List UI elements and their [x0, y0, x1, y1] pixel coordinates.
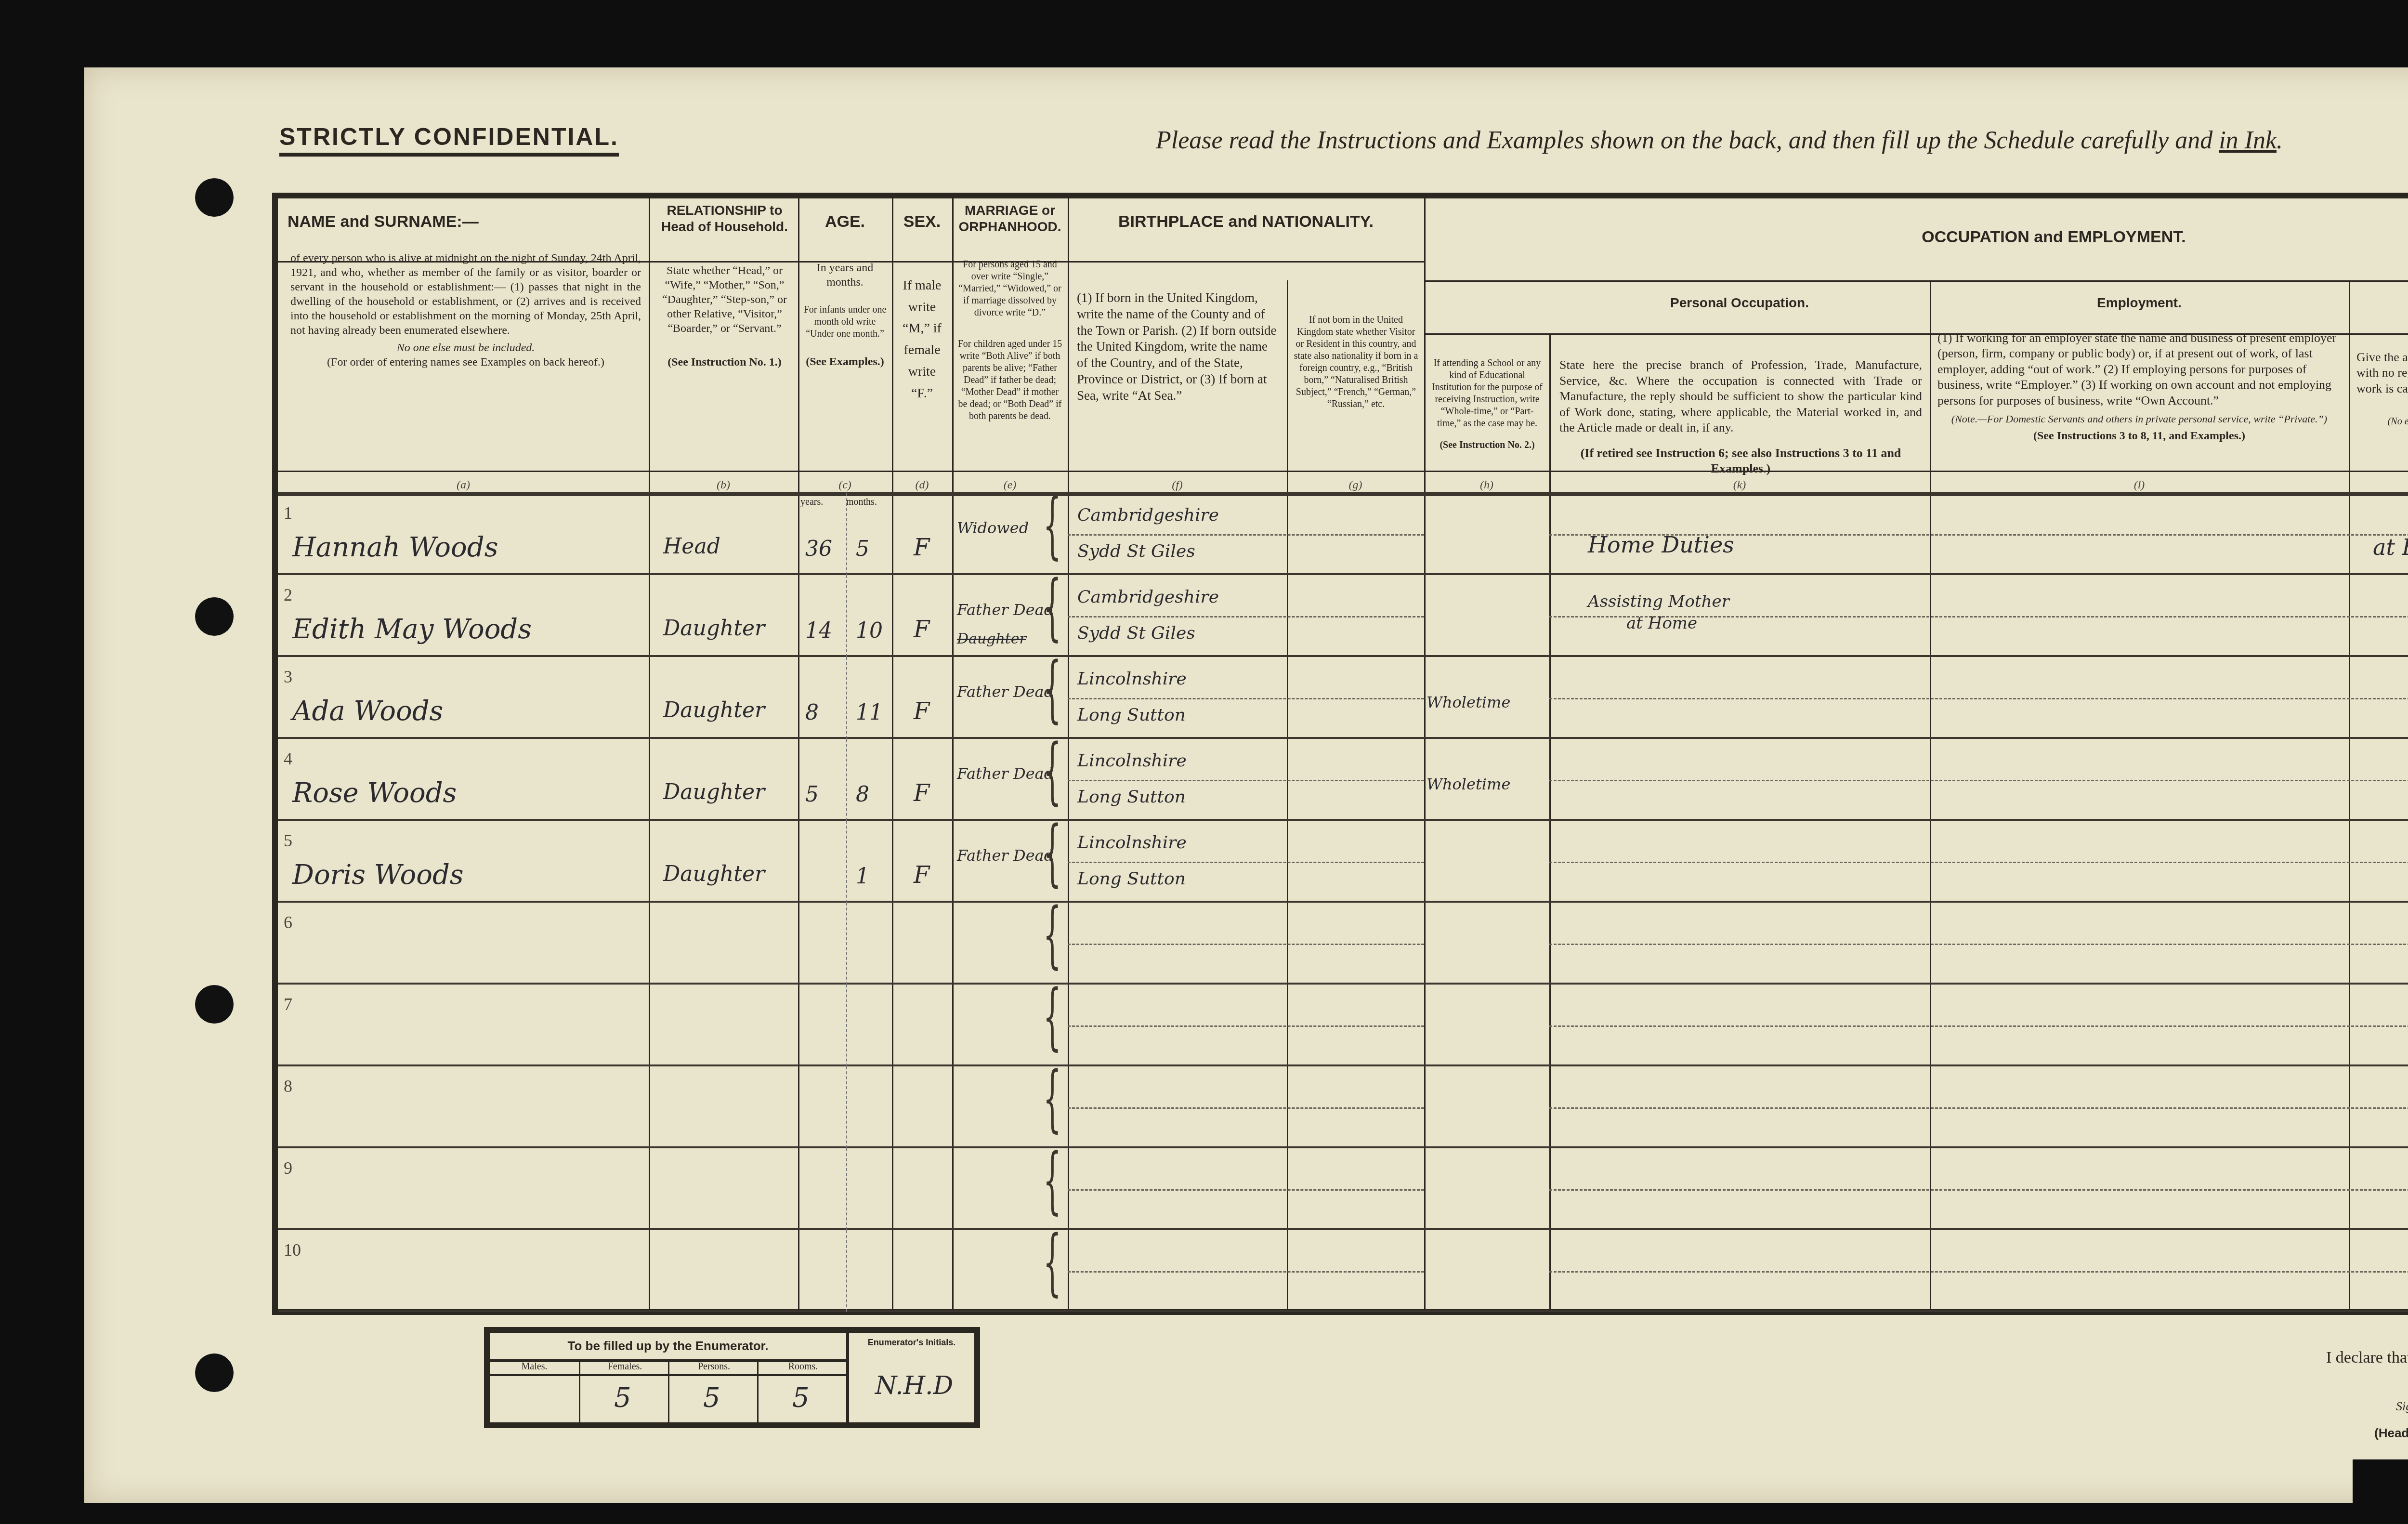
- col-a-letter: (a): [278, 479, 649, 492]
- col-l-domestic-note: (Note.—For Domestic Servants and others …: [1930, 408, 2349, 426]
- relationship-field[interactable]: Daughter: [663, 862, 765, 886]
- col-f-header: (1) If born in the United Kingdom, write…: [1070, 280, 1287, 404]
- enumerator-count-value[interactable]: 5: [703, 1382, 720, 1414]
- brace-icon: {: [1043, 484, 1061, 567]
- table-row: 9 { Under One Age last birthday.: [278, 1148, 2408, 1230]
- table-row: 7 { Under One Age last birthday.: [278, 985, 2408, 1066]
- relationship-field[interactable]: Daughter: [663, 616, 765, 641]
- col-d-header: SEX. If male write “M,” if female write …: [892, 212, 952, 405]
- name-field[interactable]: Edith May Woods: [292, 614, 532, 645]
- enumerator-count-label: Persons.: [669, 1359, 759, 1376]
- education-field[interactable]: Wholetime: [1426, 775, 1510, 793]
- age-years-field[interactable]: 5: [805, 782, 819, 807]
- col-e-header: MARRIAGE or ORPHANHOOD. For persons aged…: [952, 202, 1068, 422]
- col-l-note: (See Instructions 3 to 8, 11, and Exampl…: [1930, 426, 2349, 443]
- col-g-instructions: If not born in the United Kingdom state …: [1288, 280, 1424, 410]
- occupation-field[interactable]: Assisting Mother: [1588, 592, 1729, 611]
- age-months-field[interactable]: 10: [856, 618, 883, 643]
- col-a-note: No one else must be included.: [283, 341, 649, 355]
- enumerator-count-value[interactable]: 5: [792, 1382, 810, 1414]
- name-field[interactable]: Ada Woods: [292, 696, 443, 727]
- birthplace-town-field[interactable]: Long Sutton: [1077, 869, 1186, 889]
- col-k-body: State here the precise branch of Profess…: [1552, 343, 1930, 477]
- col-e-adult-instructions: For persons aged 15 and over write “Sing…: [952, 235, 1068, 319]
- col-f-letter: (f): [1068, 479, 1287, 492]
- col-l-instructions: (1) If working for an employer state the…: [1930, 311, 2349, 409]
- row-number: 8: [284, 1076, 292, 1096]
- col-m-header: Place of Work. Give the address of each …: [2349, 280, 2408, 428]
- torn-edge: [2353, 1459, 2408, 1524]
- col-g-header: If not born in the United Kingdom state …: [1288, 280, 1424, 410]
- col-h-instructions: If attending a School or any kind of Edu…: [1425, 333, 1549, 430]
- signature-label: Signature: [2396, 1399, 2408, 1414]
- enumerator-count-label: Rooms.: [759, 1359, 848, 1376]
- place-of-work-field[interactable]: at Home: [2373, 534, 2408, 560]
- enumerator-initials: N.H.D: [875, 1371, 953, 1400]
- birthplace-county-field[interactable]: Lincolnshire: [1077, 751, 1187, 771]
- col-occupation-header: OCCUPATION and EMPLOYMENT.: [1424, 227, 2408, 247]
- col-a-header: NAME and SURNAME:— of every person who i…: [283, 212, 649, 369]
- brace-icon: {: [1043, 975, 1061, 1059]
- instruction-text: Please read the Instructions and Example…: [1156, 127, 2219, 154]
- enumerator-count-value[interactable]: 5: [614, 1382, 631, 1414]
- age-months-field[interactable]: 8: [856, 782, 869, 807]
- col-m-title: Place of Work.: [2349, 280, 2408, 316]
- row-number: 3: [284, 667, 292, 687]
- col-b-letter: (b): [649, 479, 798, 492]
- birthplace-town-field[interactable]: Sydd St Giles: [1077, 623, 1195, 643]
- enumerator-summary-box: To be filled up by the Enumerator. Enume…: [484, 1327, 980, 1428]
- table-row: 10 { Under One Age last birthday.: [278, 1230, 2408, 1312]
- instruction-period: .: [2277, 127, 2283, 154]
- col-m-note: (No entry is required for any person who…: [2349, 396, 2408, 428]
- brace-icon: {: [1043, 1057, 1061, 1141]
- instruction-line: Please read the Instructions and Example…: [1156, 126, 2283, 155]
- in-ink-emphasis: in Ink: [2219, 127, 2277, 154]
- table-row: 6 { Under One Age last birthday.: [278, 903, 2408, 985]
- col-l-letter: (l): [1930, 479, 2349, 492]
- birthplace-town-field[interactable]: Long Sutton: [1077, 705, 1186, 725]
- col-h-header: If attending a School or any kind of Edu…: [1425, 333, 1549, 451]
- enumerator-count-label: Females.: [580, 1359, 669, 1376]
- enumerator-count-cell: Females. 5: [579, 1359, 669, 1422]
- table-row: 3 Ada Woods Daughter 8 11 F Father Dead …: [278, 657, 2408, 739]
- sex-field[interactable]: F: [914, 616, 929, 643]
- sex-field[interactable]: F: [914, 698, 929, 725]
- col-k-note: (If retired see Instruction 6; see also …: [1552, 436, 1930, 477]
- row-number: 7: [284, 994, 292, 1014]
- col-b-note: (See Instruction No. 1.): [651, 336, 798, 369]
- punch-hole: [195, 178, 234, 217]
- occupation-field-line2[interactable]: at Home: [1626, 614, 1697, 633]
- col-b-instructions: State whether “Head,” or “Wife,” “Mother…: [651, 235, 798, 336]
- col-h-letter: (h): [1424, 479, 1549, 492]
- col-k-header: Personal Occupation.: [1424, 295, 1930, 311]
- sex-field[interactable]: F: [914, 534, 929, 561]
- declaration-text: I declare that this Schedule is correctl…: [2326, 1349, 2408, 1367]
- col-m-letter: (m): [2349, 479, 2408, 492]
- punch-hole: [195, 985, 234, 1024]
- table-row: 2 Edith May Woods Daughter 14 10 F Fathe…: [278, 575, 2408, 657]
- occupation-field[interactable]: Home Duties: [1588, 532, 1734, 558]
- enumerator-initials-label: Enumerator's Initials.: [849, 1338, 974, 1348]
- table-row: 8 { Under One Age last birthday.: [278, 1066, 2408, 1148]
- col-m-instructions: Give the address of each person's place …: [2349, 316, 2408, 397]
- col-e-title: MARRIAGE or ORPHANHOOD.: [952, 202, 1068, 235]
- education-field[interactable]: Wholetime: [1426, 693, 1510, 711]
- row-number: 5: [284, 830, 292, 851]
- brace-icon: {: [1043, 1221, 1061, 1304]
- birthplace-county-field[interactable]: Lincolnshire: [1077, 669, 1187, 689]
- col-e-children-instructions: For children aged under 15 write “Both A…: [952, 319, 1068, 422]
- page-title: STRICTLY CONFIDENTIAL.: [279, 123, 619, 157]
- row-number: 10: [284, 1240, 301, 1260]
- col-c-title: AGE.: [798, 212, 892, 232]
- relationship-field[interactable]: Daughter: [663, 698, 765, 723]
- brace-icon: {: [1043, 647, 1061, 731]
- col-c-infants-note: For infants under one month old write “U…: [798, 289, 892, 340]
- col-d-letter: (d): [892, 479, 952, 492]
- col-c-letter: (c): [798, 479, 892, 492]
- col-a-order-note: (For order of entering names see Example…: [283, 355, 649, 369]
- brace-icon: {: [1043, 893, 1061, 977]
- signature-caption: (Head of Household, Manager of ... ent o…: [2374, 1426, 2408, 1441]
- table-row: 5 Doris Woods Daughter 1 F Father Dead {…: [278, 821, 2408, 903]
- age-years-field[interactable]: 8: [805, 700, 819, 725]
- birthplace-town-field[interactable]: Sydd St Giles: [1077, 541, 1195, 561]
- col-c-header: AGE. In years and months. For infants un…: [798, 212, 892, 369]
- punch-hole: [195, 597, 234, 636]
- age-months-field[interactable]: 5: [856, 537, 869, 561]
- name-field[interactable]: Rose Woods: [292, 777, 457, 809]
- brace-icon: {: [1043, 811, 1061, 895]
- relationship-field[interactable]: Head: [663, 534, 720, 559]
- col-a-instructions: of every person who is alive at midnight…: [283, 232, 649, 338]
- col-fg-header: BIRTHPLACE and NATIONALITY.: [1068, 212, 1424, 232]
- household-schedule-table: NAME and SURNAME:— of every person who i…: [272, 193, 2408, 1315]
- table-row: 4 Rose Woods Daughter 5 8 F Father Dead …: [278, 739, 2408, 821]
- punch-hole: [195, 1353, 234, 1392]
- col-k-title: Personal Occupation.: [1424, 295, 1930, 311]
- col-d-instructions: If male write “M,” if female write “F.”: [892, 232, 952, 405]
- col-a-title: NAME and SURNAME:—: [283, 212, 649, 232]
- age-years-field[interactable]: 14: [805, 618, 832, 643]
- age-months-field[interactable]: 1: [856, 864, 869, 889]
- col-b-header: RELATIONSHIP to Head of Household. State…: [651, 202, 798, 369]
- relationship-field[interactable]: Daughter: [663, 780, 765, 804]
- age-years-field[interactable]: 36: [805, 537, 832, 561]
- enumerator-count-cell: Persons. 5: [668, 1359, 759, 1422]
- enumerator-count-cell: Males.: [490, 1359, 579, 1422]
- name-field[interactable]: Doris Woods: [292, 859, 464, 891]
- enumerator-count-label: Males.: [490, 1359, 579, 1376]
- age-months-field[interactable]: 11: [856, 700, 883, 725]
- table-row: 1 Hannah Woods Head 36 5 F Widowed { Cam…: [278, 493, 2408, 575]
- col-g-letter: (g): [1287, 479, 1424, 492]
- col-fg-title: BIRTHPLACE and NATIONALITY.: [1068, 212, 1424, 232]
- birthplace-county-field[interactable]: Cambridgeshire: [1077, 505, 1219, 525]
- col-f-instructions: (1) If born in the United Kingdom, write…: [1070, 280, 1287, 404]
- struck-marriage-entry: Daughter: [957, 631, 1026, 647]
- enumerator-count-cell: Rooms. 5: [757, 1359, 848, 1422]
- name-field[interactable]: Hannah Woods: [292, 532, 498, 563]
- brace-icon: {: [1043, 1139, 1061, 1222]
- birthplace-county-field[interactable]: Lincolnshire: [1077, 833, 1187, 853]
- col-k-letter: (k): [1549, 479, 1930, 492]
- col-h-note: (See Instruction No. 2.): [1425, 430, 1549, 451]
- row-number: 1: [284, 503, 292, 523]
- birthplace-town-field[interactable]: Long Sutton: [1077, 787, 1186, 807]
- enumerator-box-title: To be filled up by the Enumerator.: [490, 1333, 846, 1362]
- sex-field[interactable]: F: [914, 780, 929, 807]
- row-number: 6: [284, 912, 292, 933]
- brace-icon: {: [1043, 565, 1061, 649]
- col-l-title: Employment.: [1930, 280, 2349, 311]
- col-c-instructions: In years and months.: [798, 232, 892, 289]
- col-c-note: (See Examples.): [798, 340, 892, 369]
- row-number: 4: [284, 749, 292, 769]
- col-k-instructions: State here the precise branch of Profess…: [1552, 343, 1930, 436]
- col-b-title: RELATIONSHIP to Head of Household.: [651, 202, 798, 235]
- col-occupation-title: OCCUPATION and EMPLOYMENT.: [1424, 227, 2408, 247]
- birthplace-county-field[interactable]: Cambridgeshire: [1077, 587, 1219, 607]
- row-number: 2: [284, 585, 292, 605]
- row-number: 9: [284, 1158, 292, 1178]
- col-d-title: SEX.: [892, 212, 952, 232]
- brace-icon: {: [1043, 729, 1061, 813]
- col-l-header: Employment. (1) If working for an employ…: [1930, 280, 2349, 443]
- sex-field[interactable]: F: [914, 862, 929, 889]
